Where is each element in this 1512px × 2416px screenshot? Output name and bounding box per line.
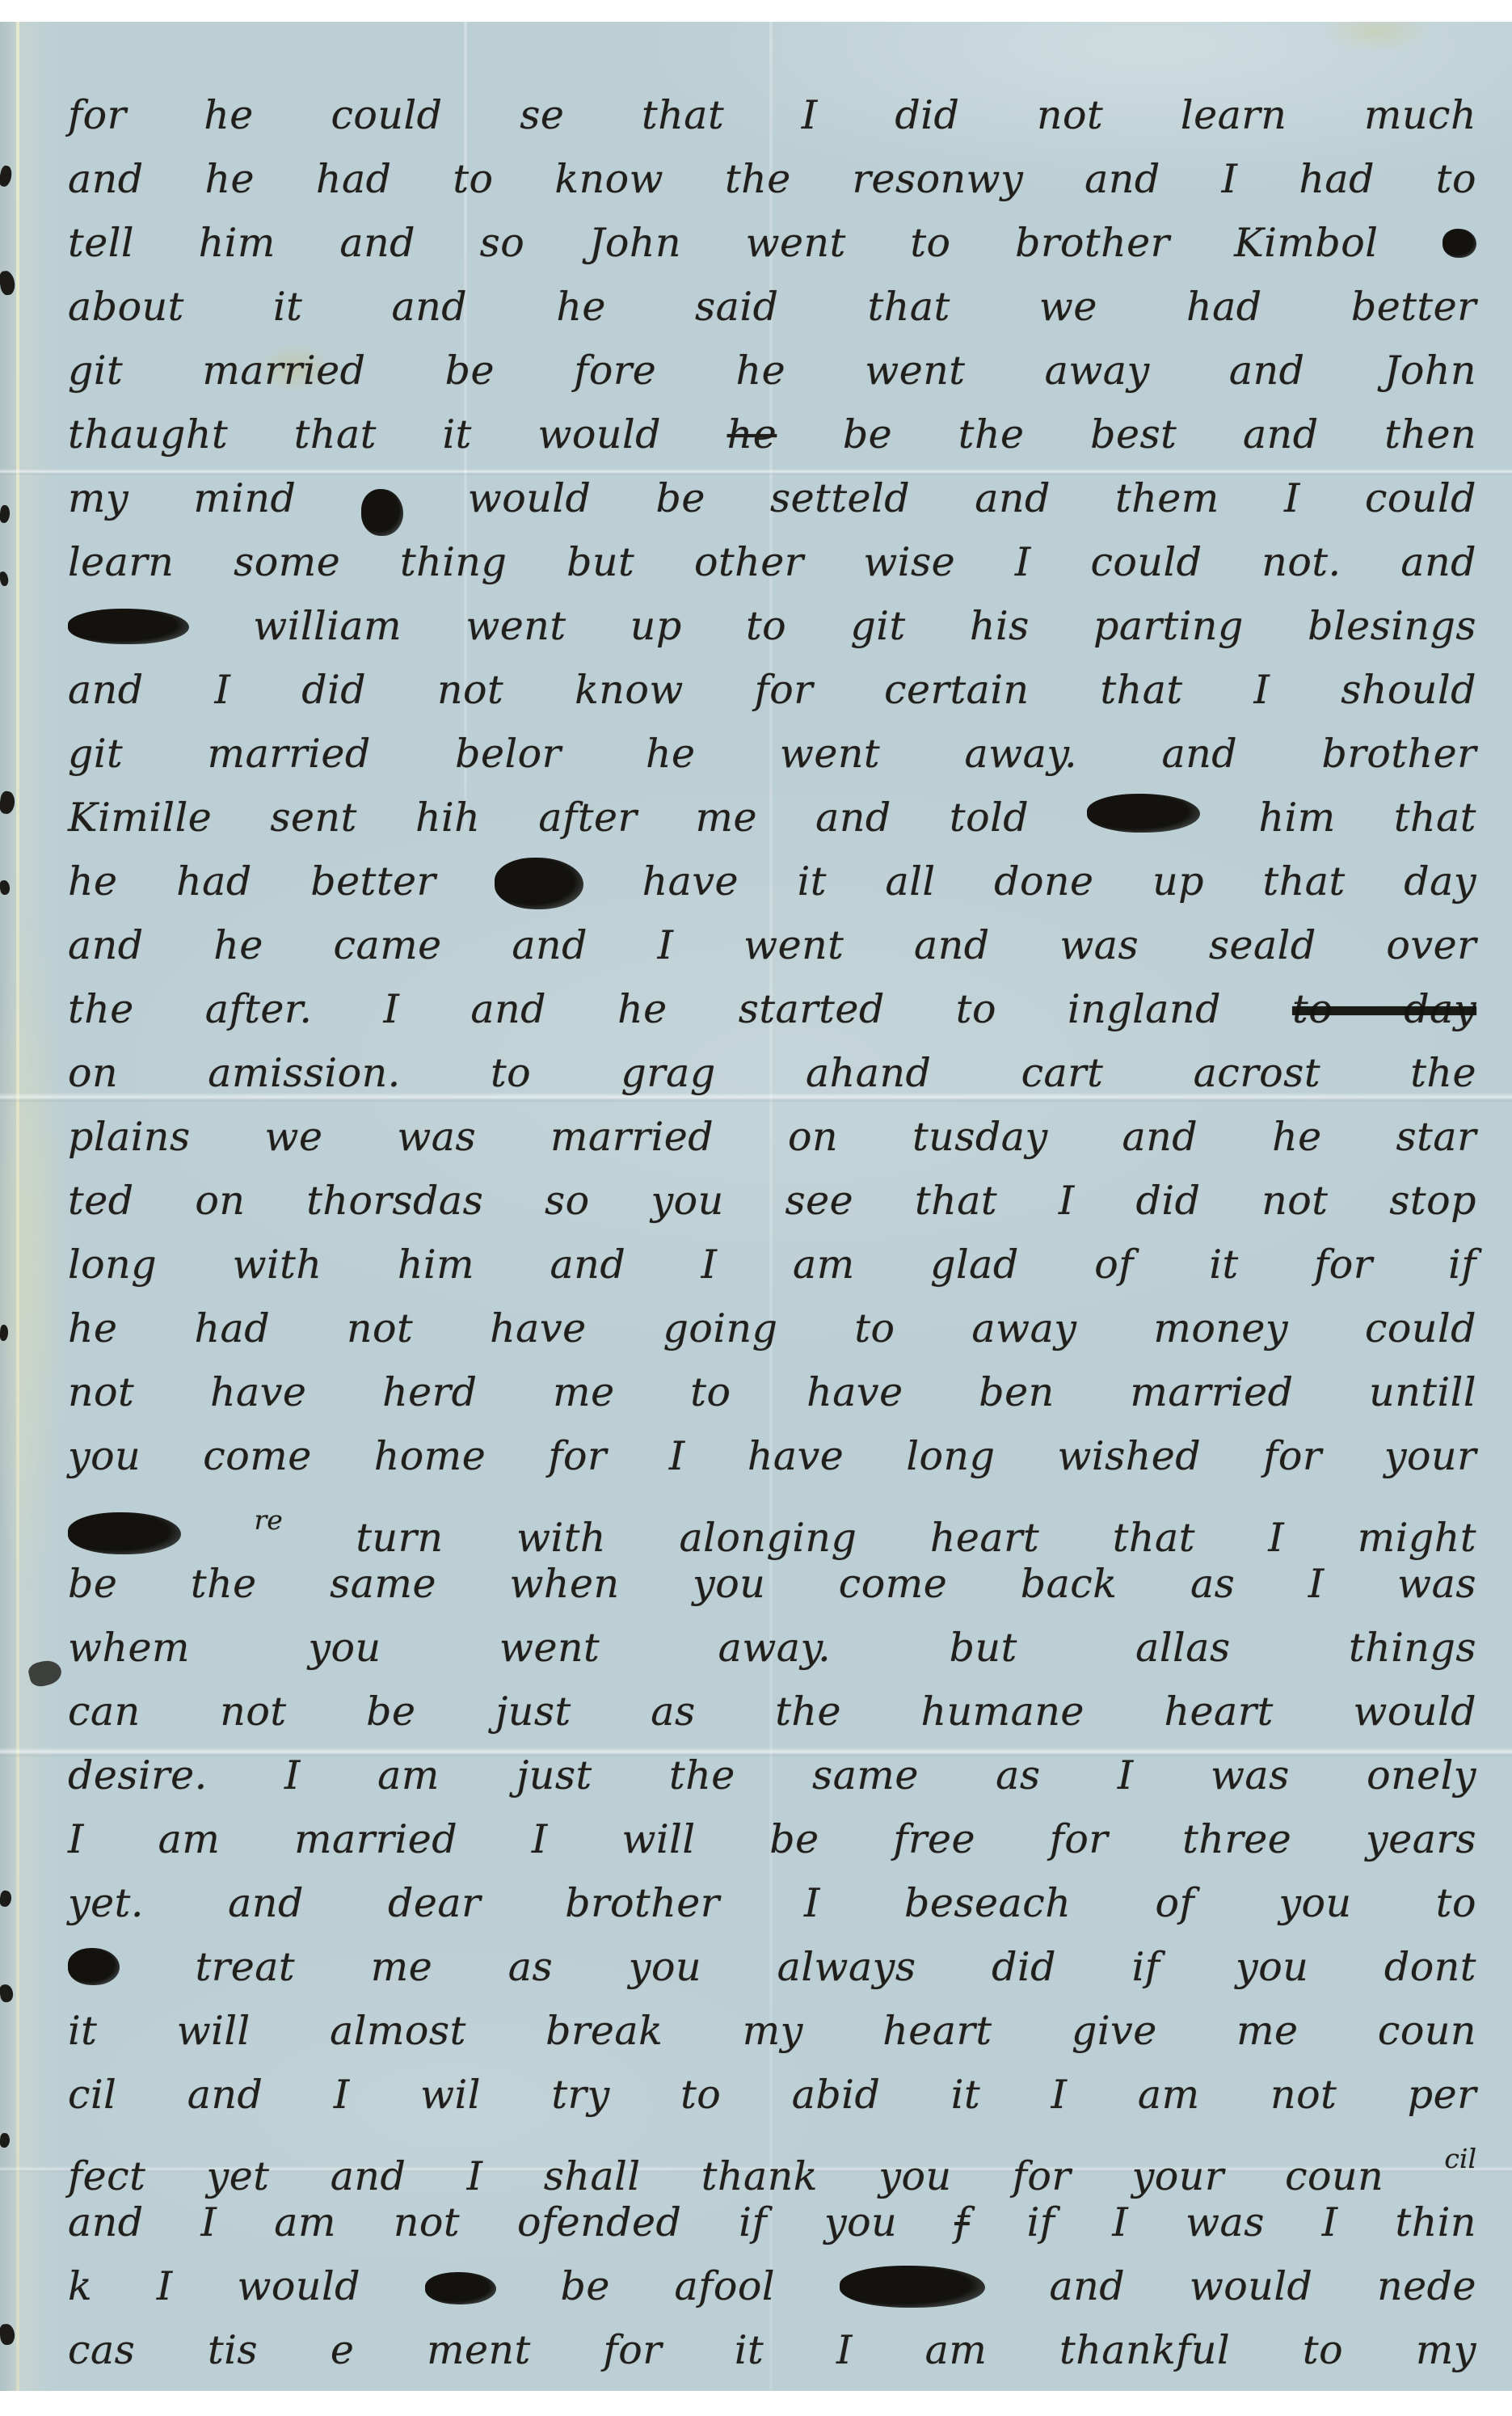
text-segment: about it and he said that we had better — [68, 284, 1476, 330]
handwritten-line-28: I am married I will be free for three ye… — [68, 1807, 1476, 1871]
text-segment: if I was I thin — [1027, 2199, 1476, 2245]
handwritten-line-23: re turn with alonging heart that I might — [68, 1488, 1476, 1552]
text-segment: re — [255, 1504, 283, 1536]
text-segment: you come home for I have long wished for… — [68, 1433, 1476, 1479]
text-segment: and he had to know the resonwy and I had… — [68, 156, 1476, 202]
text-segment: treat me as you always did if you dont — [196, 1944, 1476, 1990]
scan-margin-top — [0, 0, 1512, 22]
text-segment: for he could se that I did not learn muc… — [68, 92, 1476, 138]
text-segment: k I would — [68, 2263, 360, 2309]
text-segment: git married belor he went away. and brot… — [68, 731, 1476, 777]
ink-blot — [68, 609, 189, 644]
text-segment: the after. I and he started to ingland — [68, 986, 1221, 1032]
text-segment: git married be fore he went away and Joh… — [68, 348, 1476, 394]
handwritten-line-13: he had better have it all done up that d… — [68, 850, 1476, 913]
text-segment: and I did not know for certain that I sh… — [68, 667, 1476, 713]
text-segment: it will almost break my heart give me co… — [68, 2008, 1476, 2054]
page-edge-ink-fragment — [0, 879, 11, 895]
handwritten-line-10: and I did not know for certain that I sh… — [68, 658, 1476, 722]
handwritten-line-25: whem you went away. but allas things — [68, 1616, 1476, 1680]
text-segment: be the same when you come back as I was — [68, 1561, 1476, 1607]
text-segment: long with him and I am glad of it for if — [68, 1242, 1476, 1288]
page-edge-ink-fragment — [0, 270, 16, 296]
handwritten-line-33: fect yet and I shall thank you for your … — [68, 2127, 1476, 2190]
page-edge-ink-fragment — [0, 1325, 9, 1342]
handwritten-line-24: be the same when you come back as I was — [68, 1552, 1476, 1616]
handwritten-line-14: and he came and I went and was seald ove… — [68, 913, 1476, 977]
scan-margin-bottom — [0, 2391, 1512, 2416]
text-segment: tell him and so John went to brother Kim… — [68, 220, 1378, 266]
text-segment: william went up to git his parting blesi… — [253, 603, 1476, 649]
text-segment: him that — [1258, 795, 1476, 841]
text-segment: have it all done up that day — [642, 858, 1476, 904]
handwritten-line-8: learn some thing but other wise I could … — [68, 530, 1476, 594]
page-edge-ink-fragment — [0, 571, 9, 586]
handwritten-line-22: you come home for I have long wished for… — [68, 1424, 1476, 1488]
page-edge-ink-fragment — [0, 791, 16, 815]
text-segment: would be setteld and them I could — [468, 475, 1476, 521]
handwritten-line-6: thaught that it would he be the best and… — [68, 403, 1476, 466]
page-edge-ink-fragment — [0, 165, 14, 188]
text-segment: plains we was married on tusday and he s… — [68, 1114, 1476, 1160]
handwritten-line-15: the after. I and he started to ingland t… — [68, 977, 1476, 1041]
handwritten-line-20: he had not have going to away money coul… — [68, 1297, 1476, 1360]
handwritten-line-32: cil and I wil try to abid it I am not pe… — [68, 2063, 1476, 2127]
text-segment: whem you went away. but allas things — [68, 1625, 1476, 1671]
text-segment: cil and I wil try to abid it I am not pe… — [68, 2072, 1476, 2118]
text-segment: on amission. to grag ahand cart acrost t… — [68, 1050, 1476, 1096]
text-segment: Kimille sent hih after me and told — [68, 795, 1029, 841]
text-segment: and he came and I went and was seald ove… — [68, 922, 1476, 968]
left-edge-fold-crease — [16, 22, 19, 2391]
handwritten-line-35: k I would be afool and would nede — [68, 2254, 1476, 2318]
text-segment: cas tis e ment for it I am thankful to m… — [68, 2327, 1476, 2373]
handwritten-line-3: tell him and so John went to brother Kim… — [68, 211, 1476, 275]
text-segment: thaught that it would — [68, 411, 661, 457]
ink-blot — [1443, 229, 1476, 258]
text-segment: he had better — [68, 858, 436, 904]
ink-blot — [68, 1948, 120, 1985]
text-segment: cil — [1444, 2143, 1476, 2174]
text-segment: and would nede — [1050, 2263, 1477, 2309]
scanned-letter: for he could se that I did not learn muc… — [0, 0, 1512, 2416]
ink-blot — [495, 858, 583, 909]
page-edge-ink-fragment — [0, 2323, 15, 2346]
text-segment: yet. and dear brother I beseach of you t… — [68, 1880, 1476, 1926]
ink-blot — [68, 1512, 181, 1554]
text-segment: can not be just as the humane heart woul… — [68, 1689, 1476, 1735]
text-segment: learn some thing but other wise I could … — [68, 539, 1476, 585]
handwritten-line-27: desire. I am just the same as I was onel… — [68, 1743, 1476, 1807]
handwritten-line-16: on amission. to grag ahand cart acrost t… — [68, 1041, 1476, 1105]
text-segment: and I am not ofended if you — [68, 2199, 897, 2245]
handwritten-line-12: Kimille sent hih after me and told him t… — [68, 786, 1476, 850]
text-segment: he — [727, 411, 777, 457]
ink-blot — [840, 2266, 985, 2308]
page-edge-ink-fragment — [0, 1890, 13, 1908]
page-edge-ink-smudge — [27, 1658, 64, 1689]
handwritten-line-19: long with him and I am glad of it for if — [68, 1233, 1476, 1297]
text-segment: not have herd me to have ben married unt… — [68, 1369, 1476, 1415]
page-edge-ink-fragment — [0, 2132, 11, 2148]
text-segment: ted on thorsdas so you see that I did no… — [68, 1178, 1476, 1224]
ink-blot — [1087, 794, 1200, 833]
handwritten-line-5: git married be fore he went away and Joh… — [68, 339, 1476, 403]
text-segment: to day — [1292, 986, 1476, 1032]
handwritten-line-17: plains we was married on tusday and he s… — [68, 1105, 1476, 1169]
page-edge-ink-fragment — [0, 504, 11, 523]
text-segment: be the best and then — [843, 411, 1476, 457]
handwritten-line-31: it will almost break my heart give me co… — [68, 1999, 1476, 2063]
handwritten-line-34: and I am not ofended if you f if I was I… — [68, 2190, 1476, 2254]
handwritten-line-18: ted on thorsdas so you see that I did no… — [68, 1169, 1476, 1233]
letter-body-text: for he could se that I did not learn muc… — [68, 83, 1476, 2382]
text-segment: my mind — [68, 475, 296, 521]
handwritten-line-21: not have herd me to have ben married unt… — [68, 1360, 1476, 1424]
handwritten-line-11: git married belor he went away. and brot… — [68, 722, 1476, 786]
handwritten-line-2: and he had to know the resonwy and I had… — [68, 147, 1476, 211]
handwritten-line-4: about it and he said that we had better — [68, 275, 1476, 339]
text-segment: f — [954, 2199, 970, 2245]
handwritten-line-1: for he could se that I did not learn muc… — [68, 83, 1476, 147]
handwritten-line-29: yet. and dear brother I beseach of you t… — [68, 1871, 1476, 1935]
handwritten-line-26: can not be just as the humane heart woul… — [68, 1680, 1476, 1743]
handwritten-line-9: william went up to git his parting blesi… — [68, 594, 1476, 658]
text-segment: be afool — [560, 2263, 775, 2309]
handwritten-line-30: treat me as you always did if you dont — [68, 1935, 1476, 1999]
ink-blot — [425, 2272, 496, 2304]
text-segment: I am married I will be free for three ye… — [68, 1816, 1476, 1862]
text-segment: desire. I am just the same as I was onel… — [68, 1752, 1476, 1798]
text-segment: he had not have going to away money coul… — [68, 1305, 1476, 1351]
page-edge-ink-fragment — [0, 1984, 14, 2003]
handwritten-line-36: cas tis e ment for it I am thankful to m… — [68, 2318, 1476, 2382]
ink-blot — [361, 489, 403, 536]
handwritten-line-7: my mind would be setteld and them I coul… — [68, 466, 1476, 530]
